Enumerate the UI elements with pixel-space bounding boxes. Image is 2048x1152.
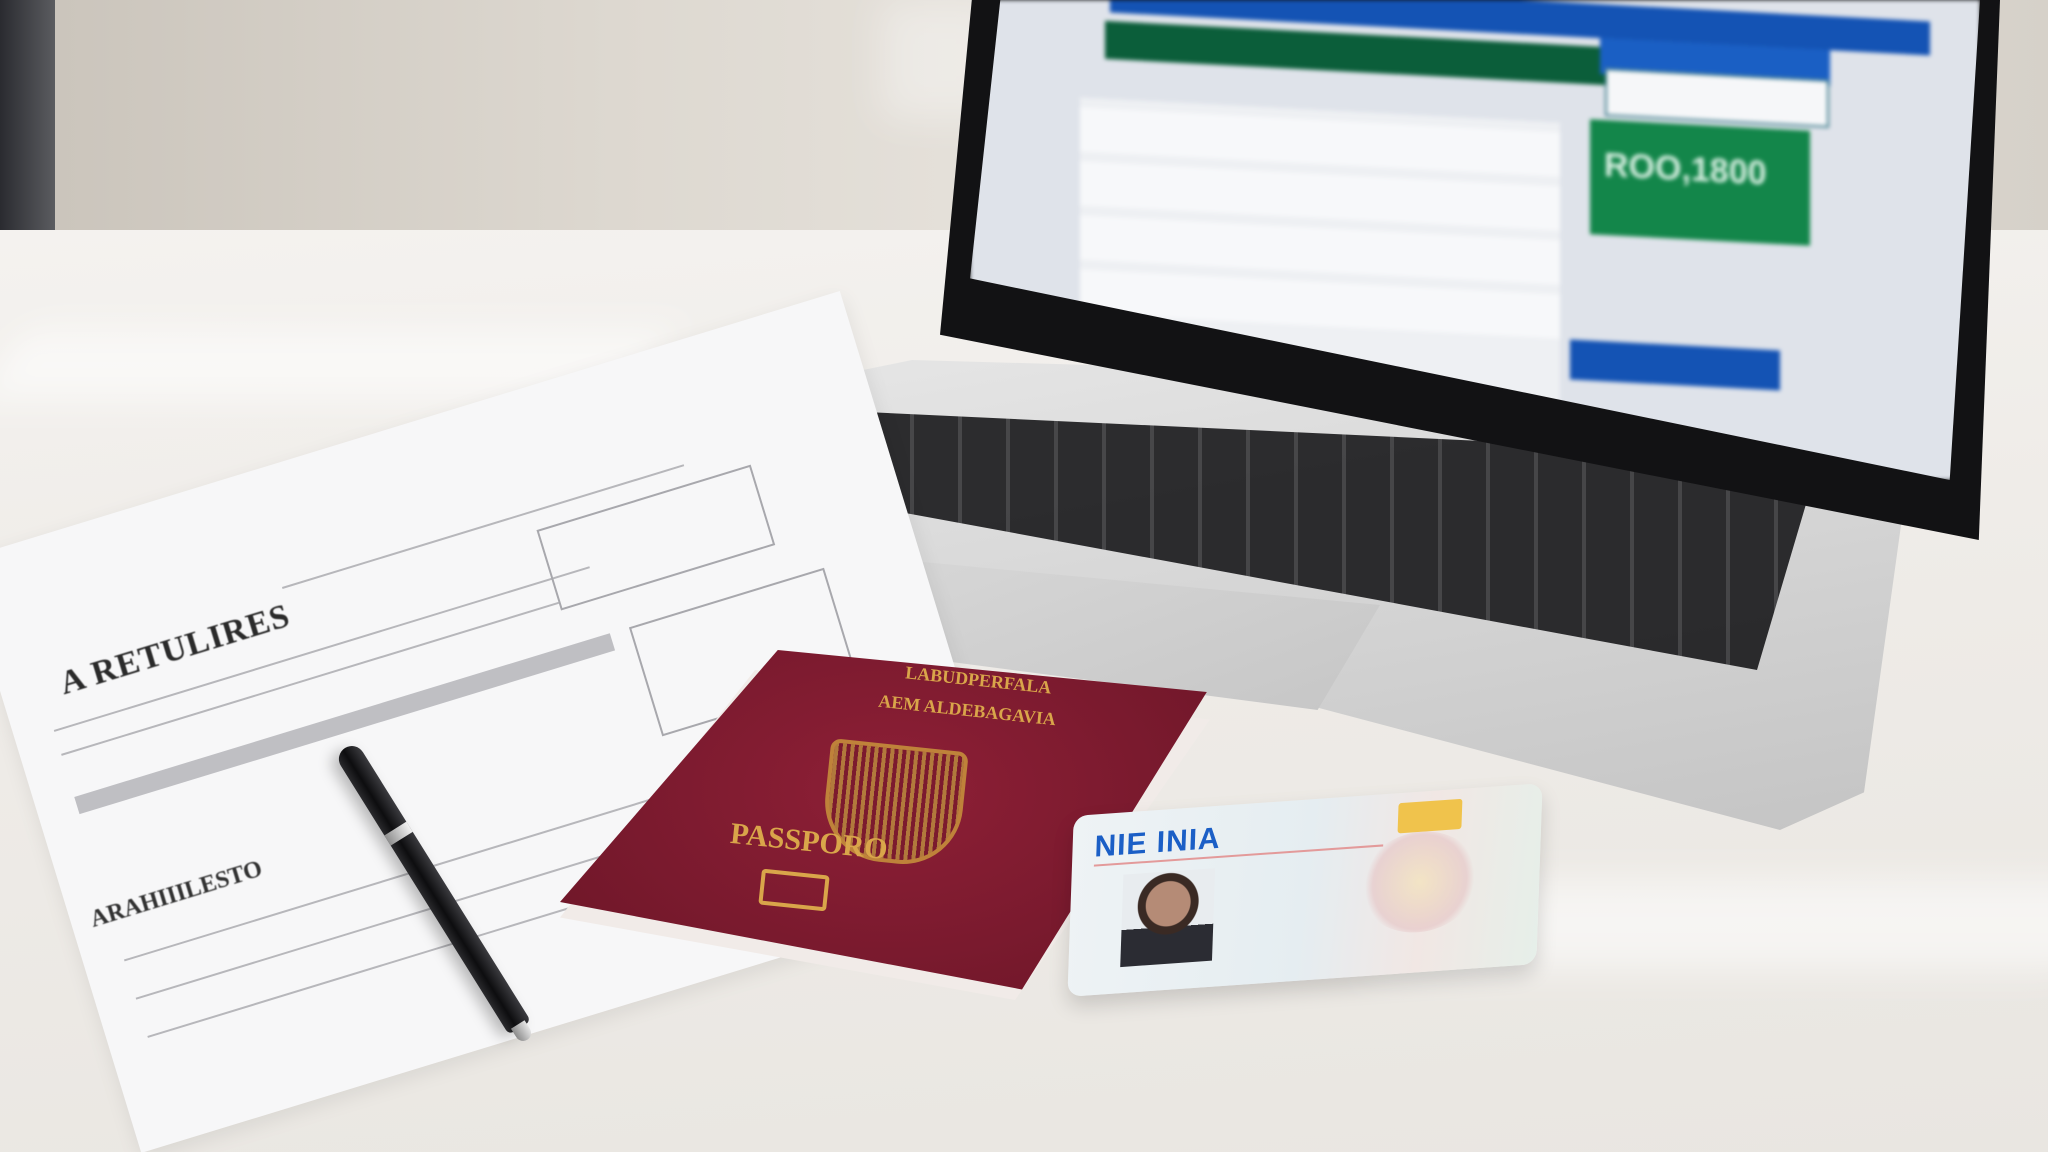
biometric-chip-icon (758, 869, 829, 912)
form-title: A RETULIRES (55, 597, 294, 703)
form-box (536, 465, 775, 611)
pen-ring (384, 822, 412, 846)
screen-amount-card: ROO,1800 (1590, 119, 1810, 246)
amount-value: ROO,1800 (1604, 146, 1796, 195)
form-section-title: ARAHIIILESTO (87, 856, 265, 934)
screen-submit-button (1570, 339, 1780, 390)
nie-id-card: NIE INIA (1067, 783, 1542, 997)
id-card-photo (1120, 868, 1215, 967)
id-card-chip-icon (1398, 799, 1463, 834)
